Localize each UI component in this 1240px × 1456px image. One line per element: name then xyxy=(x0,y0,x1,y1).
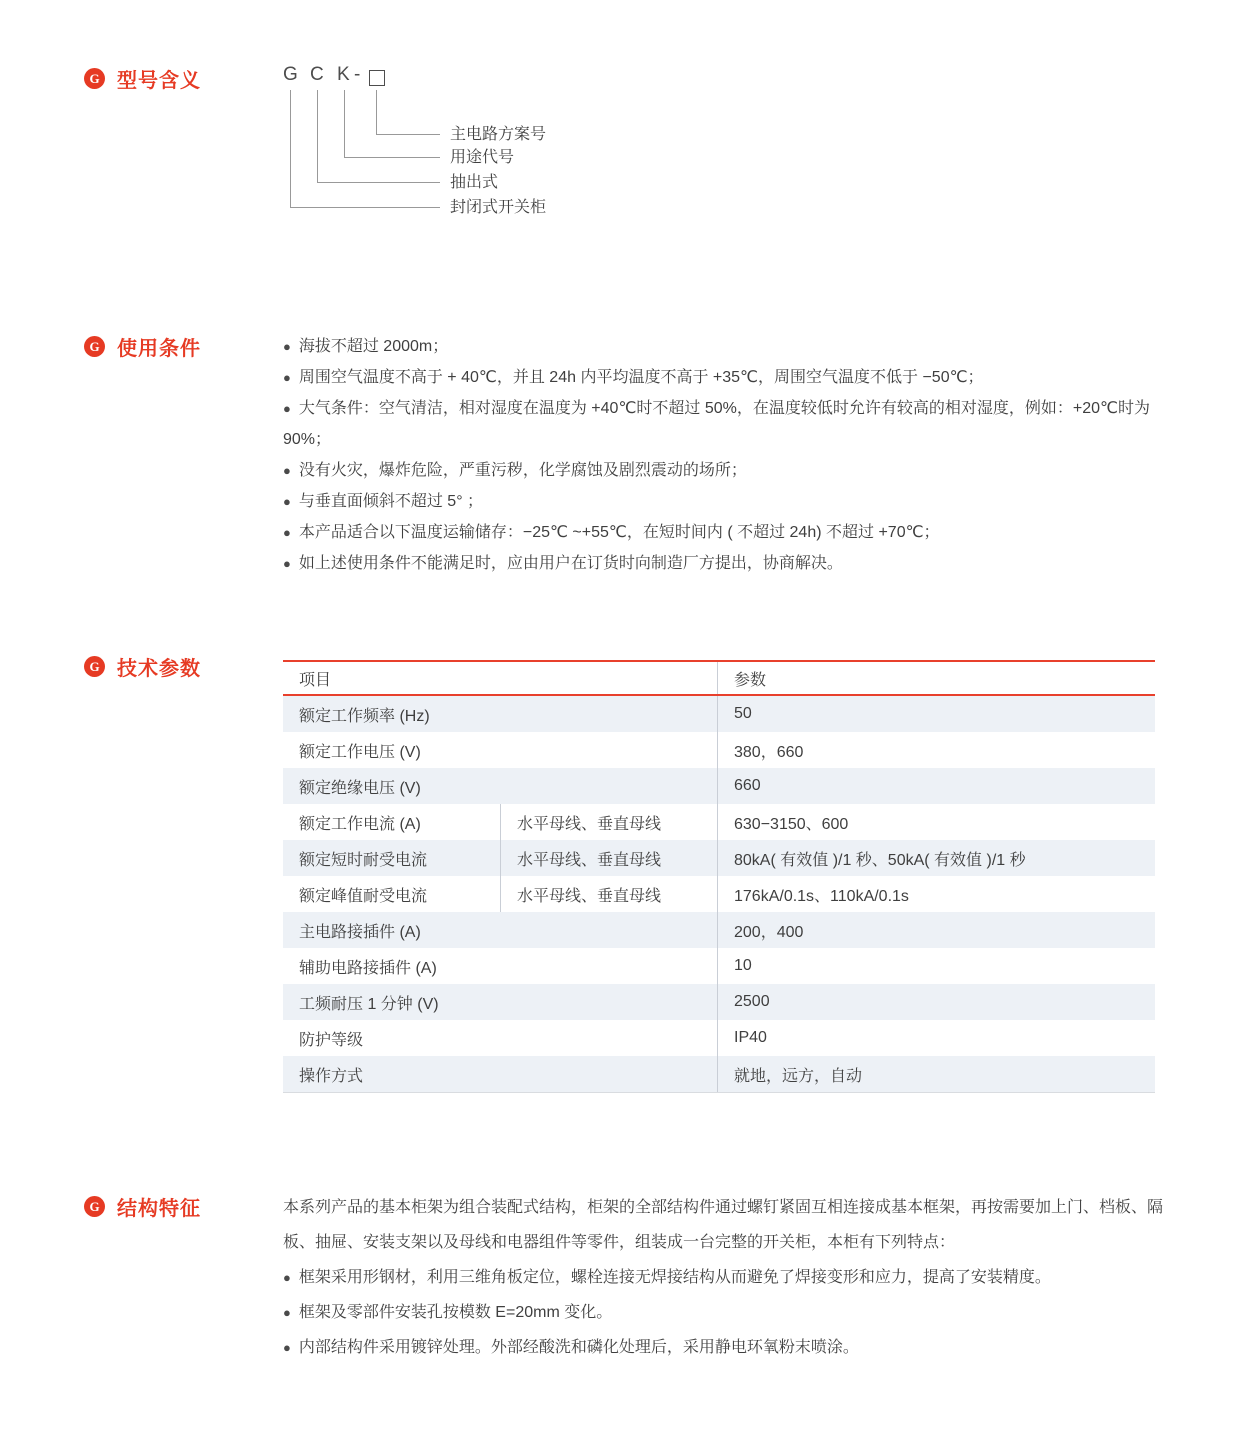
param-value: 630−3150、600 xyxy=(717,804,1155,840)
structure-list: 本系列产品的基本柜架为组合装配式结构，柜架的全部结构件通过螺钉紧固互相连接成基本… xyxy=(283,1190,1169,1365)
table-row: 额定峰值耐受电流 水平母线、垂直母线 176kA/0.1s、110kA/0.1s xyxy=(283,876,1155,912)
condition-item: ●没有火灾，爆炸危险，严重污秽，化学腐蚀及剧烈震动的场所； xyxy=(283,455,1169,486)
table-row: 额定工作频率 (Hz) 50 xyxy=(283,696,1155,732)
structure-intro: 本系列产品的基本柜架为组合装配式结构，柜架的全部结构件通过螺钉紧固互相连接成基本… xyxy=(283,1190,1169,1260)
param-value: 10 xyxy=(717,948,1155,984)
table-row: 防护等级 IP40 xyxy=(283,1020,1155,1056)
section-header-conditions: G 使用条件 xyxy=(84,332,201,361)
model-placeholder-box-icon xyxy=(369,70,385,86)
param-name: 操作方式 xyxy=(283,1056,717,1092)
bullet-icon: ● xyxy=(283,556,291,571)
param-name: 辅助电路接插件 (A) xyxy=(283,948,717,984)
param-name: 额定绝缘电压 (V) xyxy=(283,768,717,804)
diagram-line xyxy=(317,182,440,183)
diagram-line xyxy=(376,90,377,135)
brand-logo-icon: G xyxy=(84,1196,105,1217)
structure-text: 内部结构件采用镀锌处理。外部经酸洗和磷化处理后，采用静电环氧粉末喷涂。 xyxy=(299,1339,859,1356)
brand-logo-icon: G xyxy=(84,656,105,677)
section-header-structure: G 结构特征 xyxy=(84,1192,201,1221)
condition-item: ●与垂直面倾斜不超过 5° ； xyxy=(283,486,1169,517)
model-letter-g: G xyxy=(283,64,298,86)
param-name: 额定短时耐受电流 xyxy=(283,840,500,876)
structure-item: ●内部结构件采用镀锌处理。外部经酸洗和磷化处理后，采用静电环氧粉末喷涂。 xyxy=(283,1330,1169,1365)
table-row: 主电路接插件 (A) 200，400 xyxy=(283,912,1155,948)
model-dash: - xyxy=(354,64,360,86)
diagram-line xyxy=(344,90,345,158)
param-value: 660 xyxy=(717,768,1155,804)
param-name: 额定工作电压 (V) xyxy=(283,732,717,768)
bullet-icon: ● xyxy=(283,370,291,385)
table-row: 辅助电路接插件 (A) 10 xyxy=(283,948,1155,984)
section-header-model: G 型号含义 xyxy=(84,64,201,93)
condition-text: 本产品适合以下温度运输储存：−25℃ ~+55℃，在短时间内 ( 不超过 24h… xyxy=(299,524,940,541)
diagram-line xyxy=(344,157,440,158)
bullet-icon: ● xyxy=(283,1270,291,1285)
diagram-line xyxy=(376,134,440,135)
param-value: 200，400 xyxy=(717,912,1155,948)
diagram-line xyxy=(317,90,318,183)
bullet-icon: ● xyxy=(283,463,291,478)
table-header-value: 参数 xyxy=(717,662,1155,694)
condition-item: ●本产品适合以下温度运输储存：−25℃ ~+55℃，在短时间内 ( 不超过 24… xyxy=(283,517,1169,548)
model-letter-c: C xyxy=(310,64,324,86)
param-value: IP40 xyxy=(717,1020,1155,1056)
condition-item: ●海拔不超过 2000m； xyxy=(283,331,1169,362)
condition-text: 没有火灾，爆炸危险，严重污秽，化学腐蚀及剧烈震动的场所； xyxy=(299,462,747,479)
condition-text: 大气条件：空气清洁，相对湿度在温度为 +40℃时不超过 50%，在温度较低时允许… xyxy=(283,400,1150,448)
bullet-icon: ● xyxy=(283,401,291,416)
table-row: 额定工作电压 (V) 380，660 xyxy=(283,732,1155,768)
condition-text: 与垂直面倾斜不超过 5° ； xyxy=(299,493,483,510)
structure-item: ●框架及零部件安装孔按模数 E=20mm 变化。 xyxy=(283,1295,1169,1330)
table-header-row: 项目 参数 xyxy=(283,662,1155,696)
table-row: 操作方式 就地，远方，自动 xyxy=(283,1056,1155,1092)
condition-text: 如上述使用条件不能满足时，应由用户在订货时向制造厂方提出，协商解决。 xyxy=(299,555,843,572)
structure-text: 框架及零部件安装孔按模数 E=20mm 变化。 xyxy=(299,1304,612,1321)
param-value: 80kA( 有效值 )/1 秒、50kA( 有效值 )/1 秒 xyxy=(717,840,1155,876)
param-value: 50 xyxy=(717,696,1155,732)
table-row: 额定绝缘电压 (V) 660 xyxy=(283,768,1155,804)
param-value: 176kA/0.1s、110kA/0.1s xyxy=(717,876,1155,912)
param-name: 防护等级 xyxy=(283,1020,717,1056)
brand-logo-icon: G xyxy=(84,336,105,357)
diagram-line xyxy=(290,207,440,208)
brand-logo-icon: G xyxy=(84,68,105,89)
section-title-structure: 结构特征 xyxy=(117,1192,201,1221)
table-row: 额定短时耐受电流 水平母线、垂直母线 80kA( 有效值 )/1 秒、50kA(… xyxy=(283,840,1155,876)
diagram-label-drawout: 抽出式 xyxy=(450,173,498,193)
catalog-page: G 型号含义 G C K - 主电路方案号 用途代号 抽出式 封闭式开关柜 G … xyxy=(0,0,1240,1456)
param-value: 2500 xyxy=(717,984,1155,1020)
diagram-label-enclosed: 封闭式开关柜 xyxy=(450,198,546,218)
condition-text: 海拔不超过 2000m； xyxy=(299,338,448,355)
diagram-label-usage: 用途代号 xyxy=(450,148,514,168)
param-name: 额定工作频率 (Hz) xyxy=(283,696,717,732)
param-value: 就地，远方，自动 xyxy=(717,1056,1155,1092)
diagram-line xyxy=(290,90,291,208)
param-name: 主电路接插件 (A) xyxy=(283,912,717,948)
bullet-icon: ● xyxy=(283,339,291,354)
bullet-icon: ● xyxy=(283,525,291,540)
param-value: 380，660 xyxy=(717,732,1155,768)
table-header-item: 项目 xyxy=(283,662,717,694)
param-subname: 水平母线、垂直母线 xyxy=(500,876,717,912)
param-name: 额定峰值耐受电流 xyxy=(283,876,500,912)
bullet-icon: ● xyxy=(283,1340,291,1355)
conditions-list: ●海拔不超过 2000m； ●周围空气温度不高于 + 40℃，并且 24h 内平… xyxy=(283,331,1169,579)
section-title-model: 型号含义 xyxy=(117,64,201,93)
param-subname: 水平母线、垂直母线 xyxy=(500,804,717,840)
table-row: 工频耐压 1 分钟 (V) 2500 xyxy=(283,984,1155,1020)
structure-item: ●框架采用形钢材，利用三维角板定位，螺栓连接无焊接结构从而避免了焊接变形和应力，… xyxy=(283,1260,1169,1295)
param-name: 工频耐压 1 分钟 (V) xyxy=(283,984,717,1020)
param-name: 额定工作电流 (A) xyxy=(283,804,500,840)
model-letter-k: K xyxy=(337,64,350,86)
section-title-parameters: 技术参数 xyxy=(117,652,201,681)
condition-item: ●如上述使用条件不能满足时，应由用户在订货时向制造厂方提出，协商解决。 xyxy=(283,548,1169,579)
section-title-conditions: 使用条件 xyxy=(117,332,201,361)
param-subname: 水平母线、垂直母线 xyxy=(500,840,717,876)
bullet-icon: ● xyxy=(283,494,291,509)
parameters-table: 项目 参数 额定工作频率 (Hz) 50 额定工作电压 (V) 380，660 … xyxy=(283,660,1155,1093)
bullet-icon: ● xyxy=(283,1305,291,1320)
diagram-label-scheme: 主电路方案号 xyxy=(450,125,546,145)
section-header-parameters: G 技术参数 xyxy=(84,652,201,681)
condition-item: ●周围空气温度不高于 + 40℃，并且 24h 内平均温度不高于 +35℃，周围… xyxy=(283,362,1169,393)
condition-text: 周围空气温度不高于 + 40℃，并且 24h 内平均温度不高于 +35℃，周围空… xyxy=(299,369,984,386)
table-row: 额定工作电流 (A) 水平母线、垂直母线 630−3150、600 xyxy=(283,804,1155,840)
condition-item: ●大气条件：空气清洁，相对湿度在温度为 +40℃时不超过 50%，在温度较低时允… xyxy=(283,393,1169,455)
structure-text: 框架采用形钢材，利用三维角板定位，螺栓连接无焊接结构从而避免了焊接变形和应力，提… xyxy=(299,1269,1051,1286)
